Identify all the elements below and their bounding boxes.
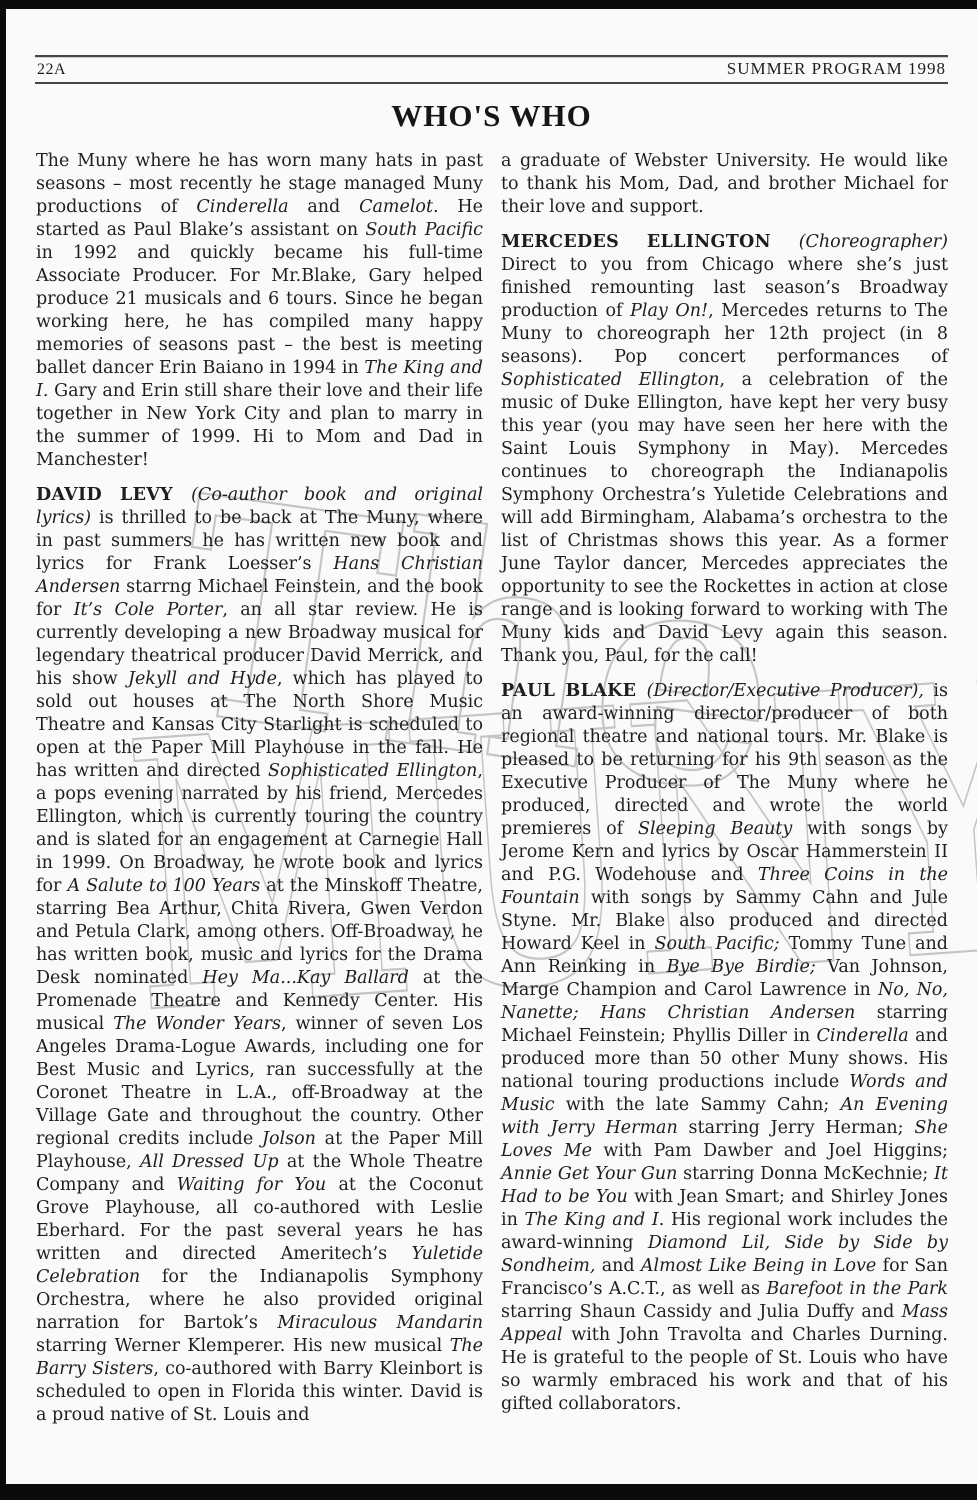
mercedes-ellington-bio: MERCEDES ELLINGTON (Choreographer) Direc…: [501, 231, 948, 668]
right-column: a graduate of Webster University. He wou…: [501, 150, 948, 1439]
gary-bio-continuation: The Muny where he has worn many hats in …: [36, 150, 483, 472]
gary-bio-ending: a graduate of Webster University. He wou…: [501, 150, 948, 219]
page-number: 22A: [37, 61, 66, 79]
masthead: 22A SUMMER PROGRAM 1998: [35, 55, 948, 84]
david-levy-bio: DAVID LEVY (Co-author book and original …: [36, 484, 483, 1427]
scanned-program-page: The MUNY 22A SUMMER PROGRAM 1998 WHO'S W…: [6, 9, 977, 1484]
program-name: SUMMER PROGRAM 1998: [727, 59, 946, 79]
page-title: WHO'S WHO: [6, 98, 977, 134]
two-column-text-body: The Muny where he has worn many hats in …: [36, 150, 948, 1439]
header-rule-bottom: [35, 82, 948, 84]
paul-blake-bio: PAUL BLAKE (Director/Executive Producer)…: [501, 680, 948, 1416]
left-column: The Muny where he has worn many hats in …: [36, 150, 483, 1439]
